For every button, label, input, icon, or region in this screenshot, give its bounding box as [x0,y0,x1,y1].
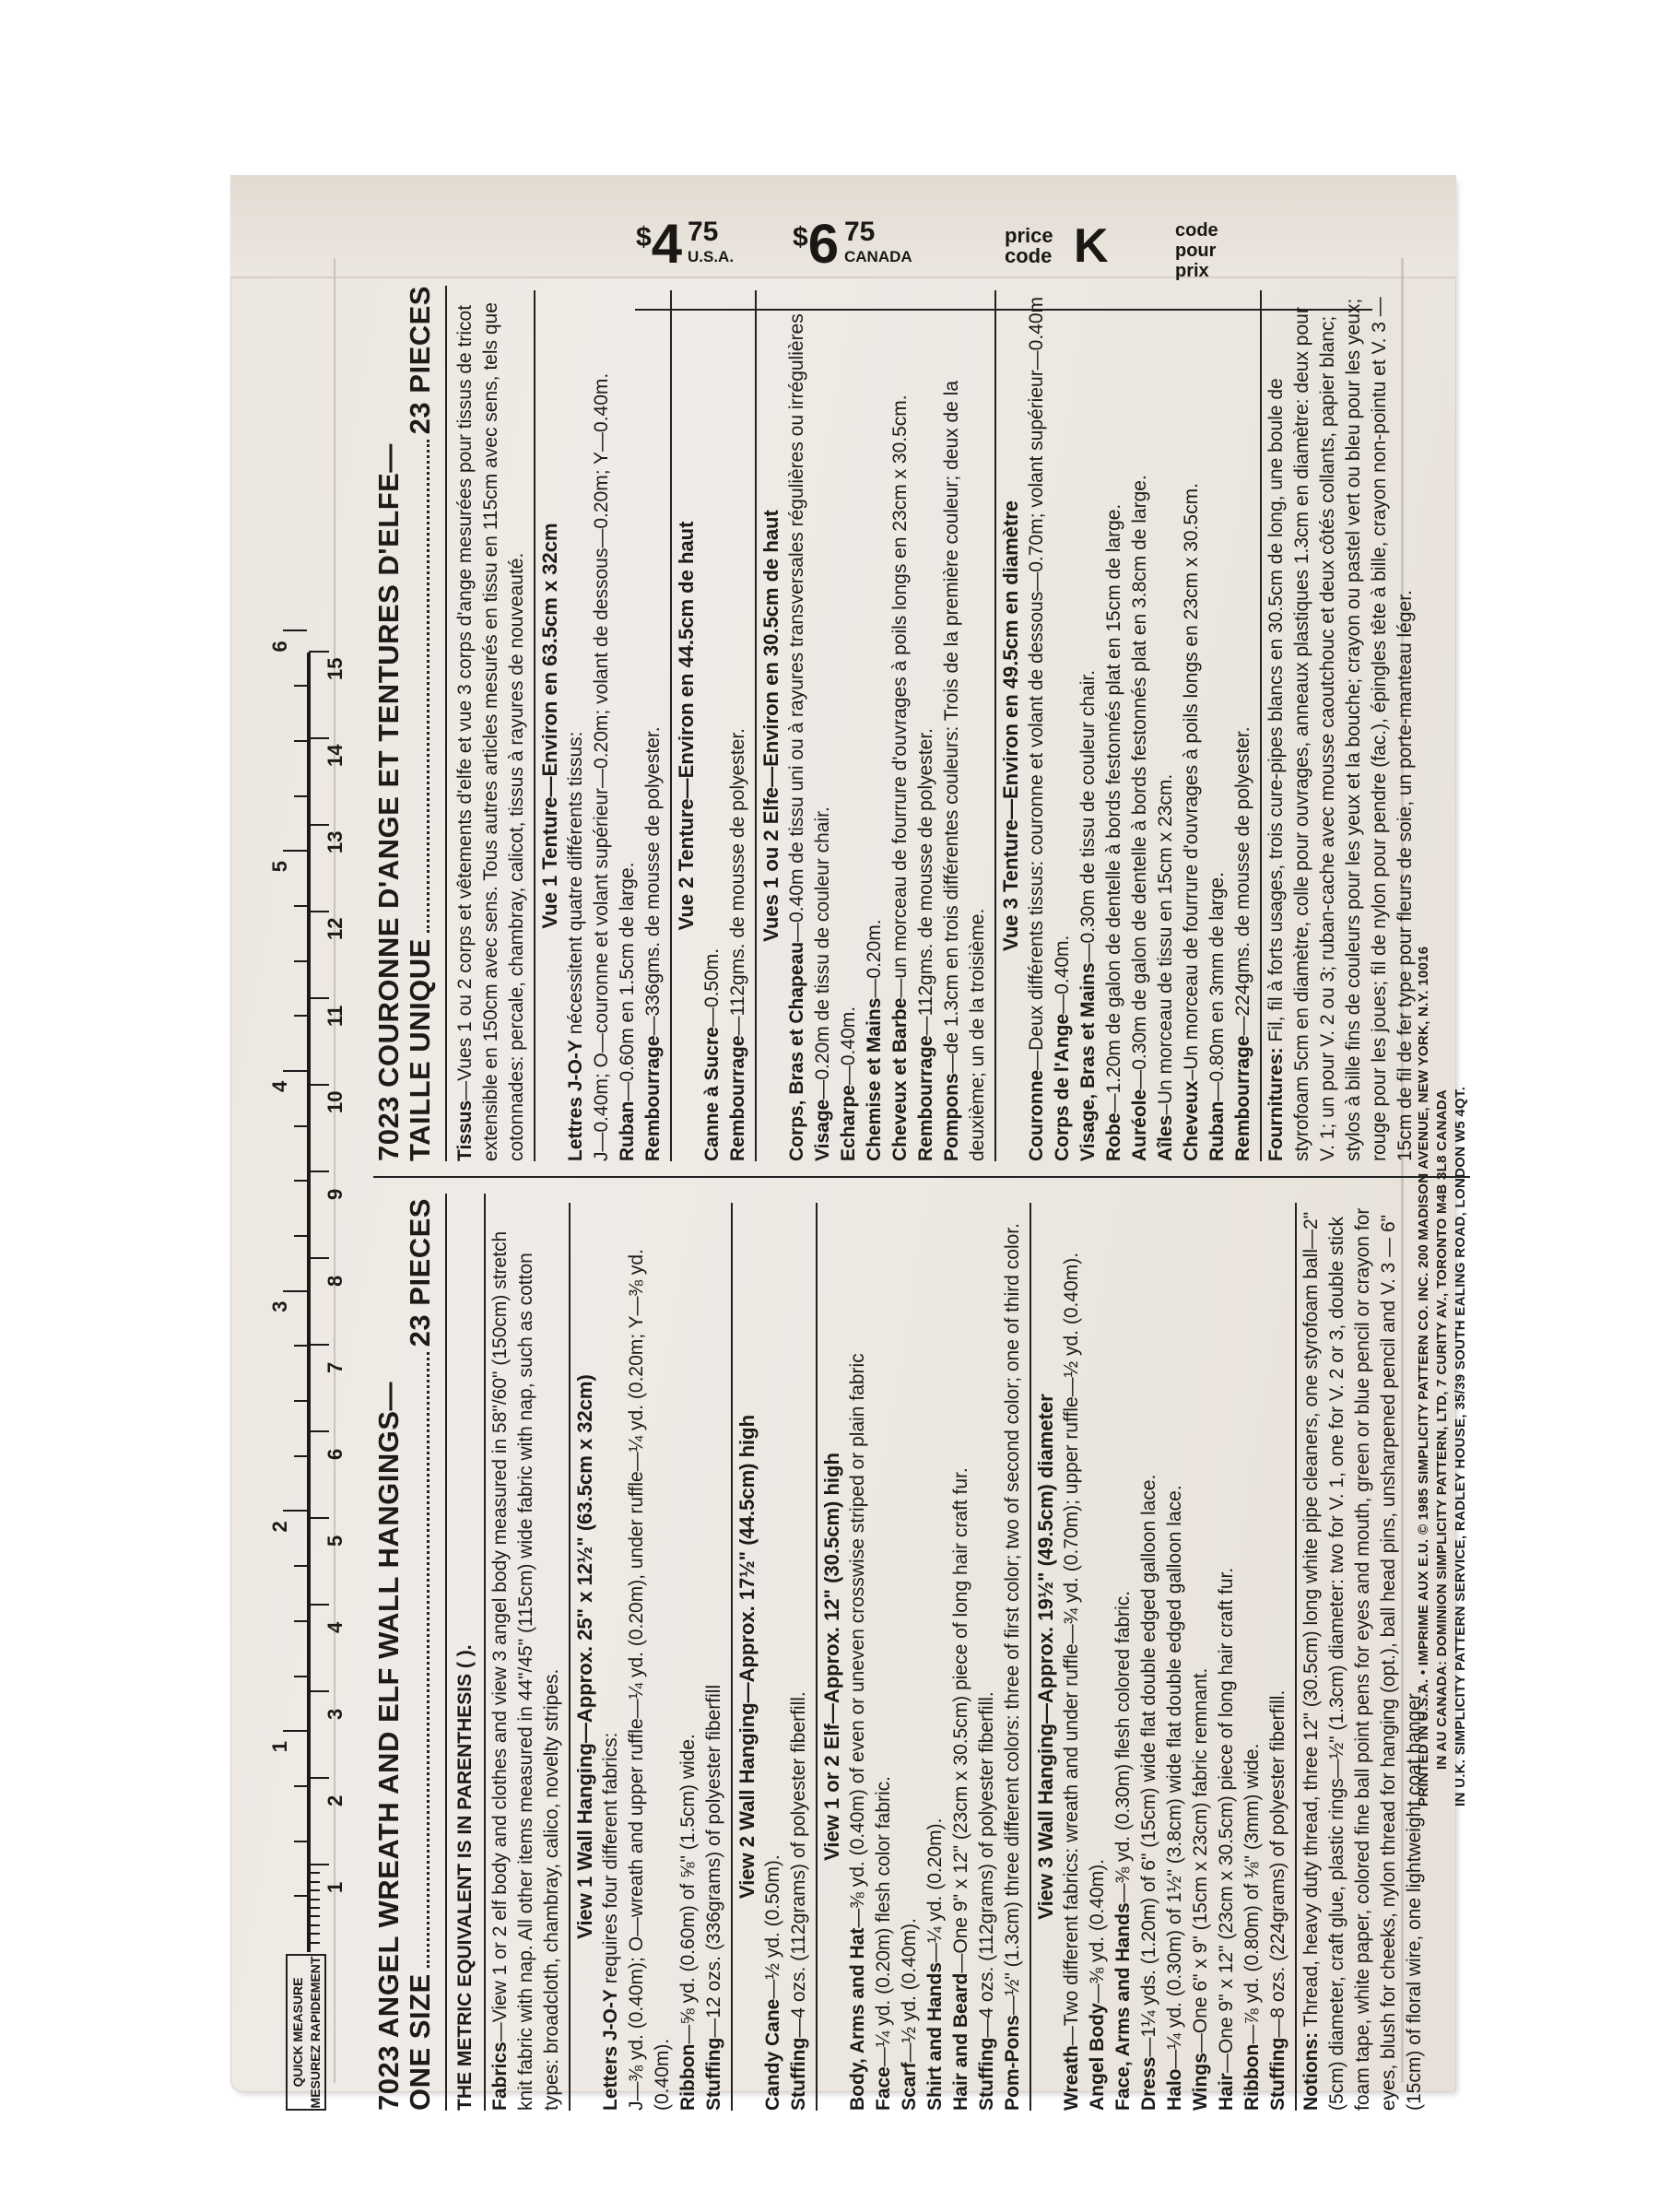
french-pieces: 23 PIECES [405,286,436,434]
ruler-mm-tick [309,1881,320,1883]
requirement-item: Dress—1¼ yds. (1.20m) of 6" (15cm) wide … [1136,1203,1162,2111]
requirement-item: Visage, Bras et Mains—0.30m de tissu de … [1076,290,1101,1161]
ruler-inch-tick [294,960,307,962]
divider [994,290,996,1161]
divider [445,1194,447,2111]
ruler-cm-number: 8 [324,1276,347,1287]
ruler-cm-number: 14 [324,745,347,767]
requirement-item: Rembourrage—224gms. de mousse de polyest… [1230,290,1256,1161]
requirement-item: Ribbon—⅞ yd. (0.80m) of ⅛" (3mm) wide. [1240,1203,1265,2111]
requirement-item: Corps, Bras et Chapeau—0.40m de tissu un… [784,290,810,1161]
divider [1295,1203,1297,2111]
requirement-item: Lettres J-O-Y nécessitent quatre différe… [563,290,589,1161]
requirement-item: Aîles–Un morceau de tissu en 15cm x 23cm… [1153,290,1179,1161]
ruler-cm-tick [309,1864,329,1865]
requirement-item: Ruban—0.60m en 1.5cm de large. [615,290,641,1161]
requirement-item: Stuffing—4 ozs. (112grams) of polyester … [974,1203,1000,2111]
ruler-cm-number: 1 [324,1882,347,1893]
ruler-cm-number: 5 [324,1535,347,1547]
publisher-imprint: PRINTED IN U.S.A. • IMPRIME AUX E.U. © 1… [1415,793,1470,1806]
ruler-inch-tick [283,850,307,852]
ruler-cm-number: 10 [324,1091,347,1113]
ruler-inch-tick [294,905,307,907]
fabrics-paragraph: Fabrics—View 1 or 2 elf body and clothes… [488,1203,565,2111]
ruler-mm-tick [309,1899,320,1900]
ruler-mm-tick [309,1889,320,1891]
price-code-label: price code [1005,226,1069,266]
ruler-line [307,653,311,1952]
ruler-inch-tick [283,1290,307,1292]
ruler-inch-tick [294,795,307,797]
ruler-inch-number: 4 [268,1081,292,1092]
requirement-item: Pompons—de 1.3cm en trois différentes co… [939,290,991,1161]
divider [670,290,672,1161]
ruler-inch-tick [294,1676,307,1677]
ruler-inch-tick [294,1015,307,1017]
ruler-cm-tick [309,1604,329,1606]
divider [1030,1203,1031,2111]
divider [816,1203,818,2111]
ruler-inch-tick [294,1345,307,1347]
requirement-item: Wings—One 6" x 9" (15cm x 23cm) fabric r… [1188,1203,1214,2111]
ruler-inch-tick [294,740,307,742]
requirement-item: Halo—¼ yd. (0.30m) of 1½" (3.8cm) wide f… [1162,1203,1188,2111]
ruler-inch-tick [294,1235,307,1237]
divider [569,1203,571,2111]
ruler-cm-tick [309,1517,329,1519]
ruler-cm-number: 11 [324,1006,347,1027]
divider [731,1203,733,2111]
ruler-mm-tick [309,1872,320,1874]
requirement-item: Scarf—½ yd. (0.40m). [897,1203,923,2111]
french-body: Tissus—Vues 1 ou 2 corps et vêtements d'… [453,290,1418,1161]
ruler-cm-tick [309,1777,329,1779]
requirement-item: Ruban—0.80m en 3mm de large. [1205,290,1230,1161]
price-code-letter: K [1074,218,1109,274]
ruler-mm-tick [309,1907,320,1909]
ruler-inch-tick [283,1070,307,1072]
quick-measure-ruler: QUICK MEASURE MESUREZ RAPIDEMENT 1234567… [263,498,373,2111]
notions-paragraph: Notions: Thread, heavy duty thread, thre… [1299,1203,1428,2111]
section-heading: Vue 1 Tenture—Environ en 63.5cm x 32cm [537,290,563,1161]
divider [534,290,535,1161]
ruler-inch-tick [294,685,307,687]
requirement-item: Face—¼ yd. (0.20m) flesh color fabric. [871,1203,897,2111]
ruler-inch-number: 3 [268,1300,292,1312]
section-heading: View 1 Wall Hanging—Approx. 25" x 12½" (… [572,1203,598,2111]
requirement-item: Angel Body—⅜ yd. (0.40m). [1085,1203,1111,2111]
ruler-mm-tick [309,1933,320,1935]
requirement-item: Visage—0.20m de tissu de couleur chair. [810,290,836,1161]
requirement-item: Hair—One 9" x 12" (23cm x 30.5cm) piece … [1214,1203,1240,2111]
divider [484,1194,486,2111]
requirement-item: Stuffing—4 ozs. (112grams) of polyester … [786,1203,812,2111]
section-heading: Vue 2 Tenture—Environ en 44.5cm de haut [674,290,700,1161]
ruler-cm-tick [309,1430,329,1432]
ruler-cm-number: 4 [324,1622,347,1633]
section-heading: View 2 Wall Hanging—Approx. 17½" (44.5cm… [735,1203,760,2111]
requirement-item: Pom-Pons—½" (1.3cm) three different colo… [1000,1203,1026,2111]
requirement-item: Rembourrage—112gms. de mousse de polyest… [725,290,751,1161]
requirement-item: Candy Cane—½ yd. (0.50m). [760,1203,786,2111]
divider [755,290,757,1161]
requirement-item: J—⅜ yd. (0.40m); O—wreath and upper ruff… [624,1203,676,2111]
price-usa: $4 75 U.S.A. [636,217,682,272]
fabrics-paragraph: Tissus—Vues 1 ou 2 corps et vêtements d'… [453,290,530,1161]
ruler-cm-tick [309,1690,329,1692]
requirement-item: Shirt and Hands—¼ yd. (0.20m). [923,1203,948,2111]
ruler-cm-tick [309,1171,329,1172]
english-body: Fabrics—View 1 or 2 elf body and clothes… [488,1203,1428,2111]
quick-measure-label: QUICK MEASURE MESUREZ RAPIDEMENT [286,1954,326,2111]
ruler-cm-tick [309,1344,329,1346]
ruler-inch-tick [283,629,307,631]
requirement-item: Letters J-O-Y requires four different fa… [598,1203,624,2111]
ruler-cm-tick [309,911,329,912]
ruler-inch-number: 2 [268,1521,292,1532]
requirement-item: Stuffing—12 ozs. (336grams) of polyester… [701,1203,727,2111]
requirement-item: Hair and Beard—One 9" x 12" (23cm x 30.5… [948,1203,974,2111]
requirement-item: Robe—1.20m de galon de dentelle à bords … [1101,290,1127,1161]
requirement-item: Echarpe—0.40m. [836,290,862,1161]
requirement-item: Couronne—Deux différents tissus: couronn… [1024,290,1050,1161]
ruler-inch-tick [294,1895,307,1897]
ruler-mm-tick [309,1942,320,1944]
requirement-item: Face, Arms and Hands—⅜ yd. (0.30m) flesh… [1111,1203,1136,2111]
divider [1260,290,1262,1161]
requirement-item: J—0.40m; O—couronne et volant supérieur—… [589,290,615,1161]
ruler-cm-number: 15 [324,658,347,680]
ruler-inch-number: 6 [268,641,292,652]
requirement-item: Stuffing—8 ozs. (224grams) of polyester … [1265,1203,1291,2111]
ruler-cm-number: 2 [324,1795,347,1806]
fournitures-paragraph: Fournitures: Fil, fil à forts usages, tr… [1264,290,1418,1161]
ruler-cm-number: 6 [324,1449,347,1460]
ruler-mm-tick [309,1924,320,1926]
requirement-item: Ribbon—⅝ yd. (0.60m) of ⅝" (1.5cm) wide. [676,1203,701,2111]
ruler-cm-tick [309,1084,329,1086]
ruler-inch-tick [294,1455,307,1457]
ruler-cm-tick [309,997,329,999]
ruler-inch-tick [294,1400,307,1402]
ruler-cm-tick [309,737,329,739]
section-heading: Vue 3 Tenture—Environ en 49.5cm en diamè… [998,290,1024,1161]
section-heading: Vues 1 ou 2 Elfe—Environ en 30.5cm de ha… [759,290,784,1161]
english-pieces: 23 PIECES [405,1198,436,1347]
ruler-inch-tick [294,1125,307,1127]
divider [445,286,447,1161]
requirement-item: Corps de l'Ange—0.40m. [1050,290,1076,1161]
ruler-cm-tick [309,651,329,653]
ruler-cm-number: 3 [324,1709,347,1720]
ruler-cm-tick [309,824,329,826]
column-divider [373,1176,1470,1178]
ruler-cm-number: 12 [324,918,347,940]
section-heading: View 1 or 2 Elf—Approx. 12" (30.5cm) hig… [819,1203,845,2111]
ruler-mm-tick [309,1915,320,1917]
ruler-cm-number: 13 [324,831,347,853]
requirement-item: Chemise et Mains—0.20m. [862,290,888,1161]
ruler-inch-number: 1 [268,1741,292,1752]
ruler-inch-tick [294,1841,307,1842]
ruler-cm-number: 9 [324,1189,347,1200]
ruler-inch-tick [283,1510,307,1512]
english-title: 7023 ANGEL WREATH AND ELF WALL HANGINGS—… [373,1198,437,2111]
ruler-inch-tick [294,1565,307,1567]
ruler-inch-tick [294,1620,307,1622]
rotated-content: QUICK MEASURE MESUREZ RAPIDEMENT 1234567… [263,267,1516,2111]
ruler-cm-number: 7 [324,1362,347,1373]
ruler-inch-tick [283,1730,307,1732]
ruler-inch-number: 5 [268,861,292,872]
requirement-item: Cheveux–Un morceau de fourrure d'ouvrage… [1179,290,1205,1161]
price-canada: $6 75 CANADA [793,217,839,272]
section-heading: View 3 Wall Hanging—Approx. 19½" (49.5cm… [1033,1203,1059,2111]
requirement-item: Rembourrage—112gms. de mousse de polyest… [913,290,939,1161]
requirement-item: Canne à Sucre—0.50m. [700,290,725,1161]
french-title: 7023 COURONNE D'ANGE ET TENTURES D'ELFE—… [373,286,437,1161]
ruler-inch-tick [294,1785,307,1787]
requirement-item: Auréole—0.30m de galon de dentelle à bor… [1127,290,1153,1161]
requirement-item: Body, Arms and Hat—⅜ yd. (0.40m) of even… [845,1203,871,2111]
metric-note: THE METRIC EQUIVALENT IS IN PARENTHESIS … [453,1644,478,2111]
requirement-item: Wreath—Two different fabrics: wreath and… [1059,1203,1085,2111]
ruler-cm-tick [309,1257,329,1259]
ruler-inch-tick [294,1180,307,1182]
requirement-item: Rembourrage—336gms. de mousse de polyest… [641,290,666,1161]
requirement-item: Cheveux et Barbe—un morceau de fourrure … [888,290,913,1161]
